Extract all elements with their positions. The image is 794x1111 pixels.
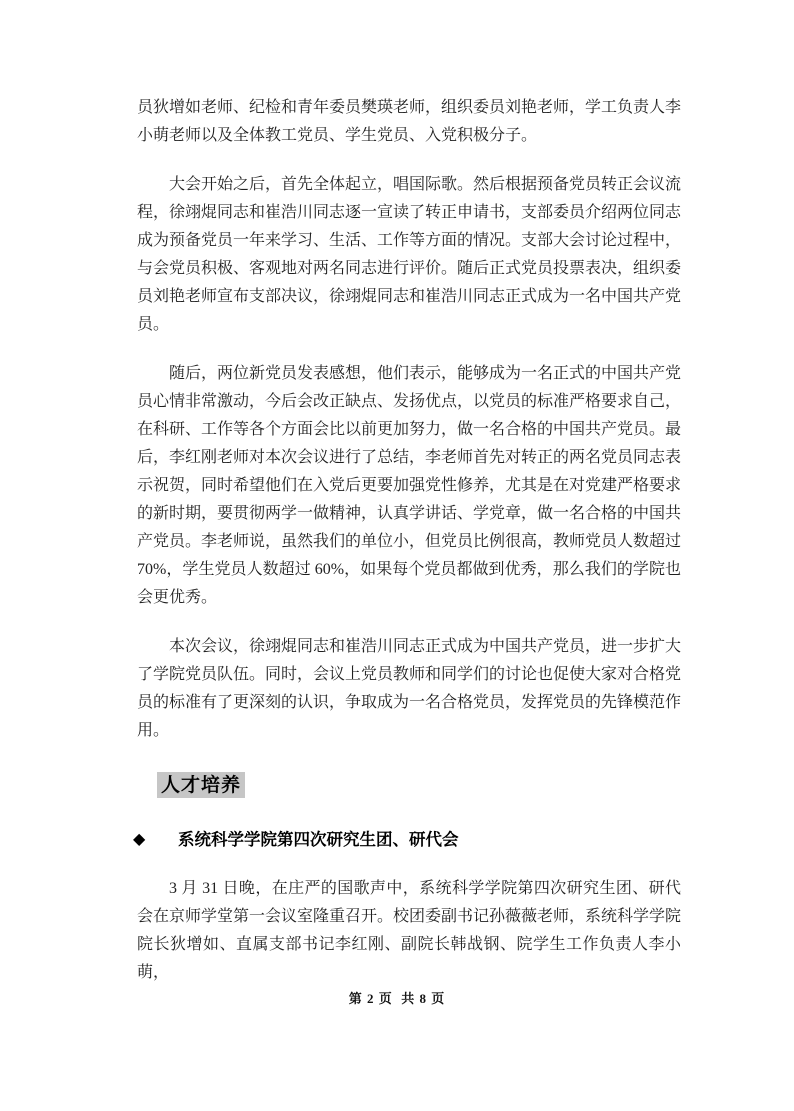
document-page: 员狄增如老师、纪检和青年委员樊瑛老师，组织委员刘艳老师，学工负责人李小萌老师以及… (0, 0, 794, 1111)
body-paragraph: 本次会议，徐翊焜同志和崔浩川同志正式成为中国共产党员，进一步扩大了学院党员队伍。… (137, 633, 681, 745)
body-paragraph: 员狄增如老师、纪检和青年委员樊瑛老师，组织委员刘艳老师，学工负责人李小萌老师以及… (137, 94, 681, 150)
document-content: 员狄增如老师、纪检和青年委员樊瑛老师，组织委员刘艳老师，学工负责人李小萌老师以及… (137, 94, 681, 1008)
item-heading: ◆ 系统科学学院第四次研究生团、研代会 (133, 826, 681, 854)
body-paragraph: 大会开始之后，首先全体起立，唱国际歌。然后根据预备党员转正会议流程，徐翊焜同志和… (137, 171, 681, 339)
section-heading-text: 人才培养 (157, 772, 245, 798)
body-paragraph: 随后，两位新党员发表感想，他们表示，能够成为一名正式的中国共产党员心情非常激动，… (137, 360, 681, 612)
body-paragraph: 3 月 31 日晚，在庄严的国歌声中，系统科学学院第四次研究生团、研代会在京师学… (137, 875, 681, 987)
page-footer: 第 2 页 共 8 页 (0, 988, 794, 1007)
section-heading: 人才培养 (137, 771, 681, 801)
item-heading-title: 系统科学学院第四次研究生团、研代会 (178, 826, 459, 854)
diamond-bullet-icon: ◆ (133, 826, 178, 854)
